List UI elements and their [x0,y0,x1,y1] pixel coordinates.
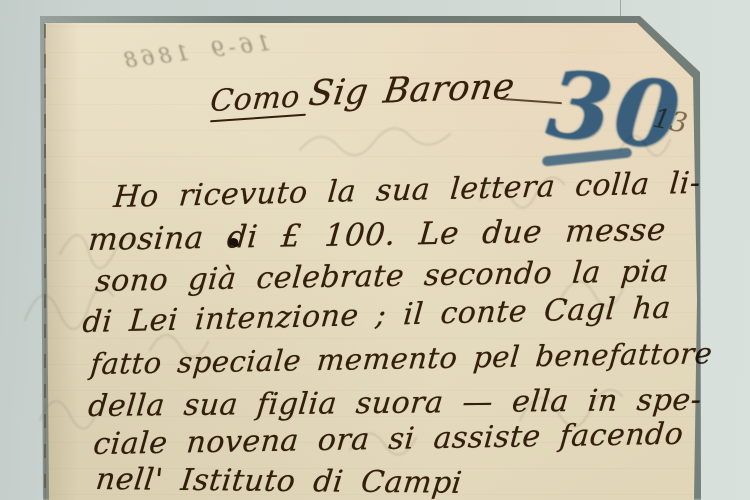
archival-number-pencil: 13 [651,103,690,139]
letter-line: nell' Istituto di Campi [94,462,464,500]
letter-place: Como [209,79,301,119]
letter-photograph: 16-9 1868 Como Sig Barone 30 13 Ho ricev… [0,0,750,500]
paper-left-edge-line [44,24,46,500]
letter-salutation: Sig Barone [306,67,517,114]
paper-left-shading [45,23,79,500]
